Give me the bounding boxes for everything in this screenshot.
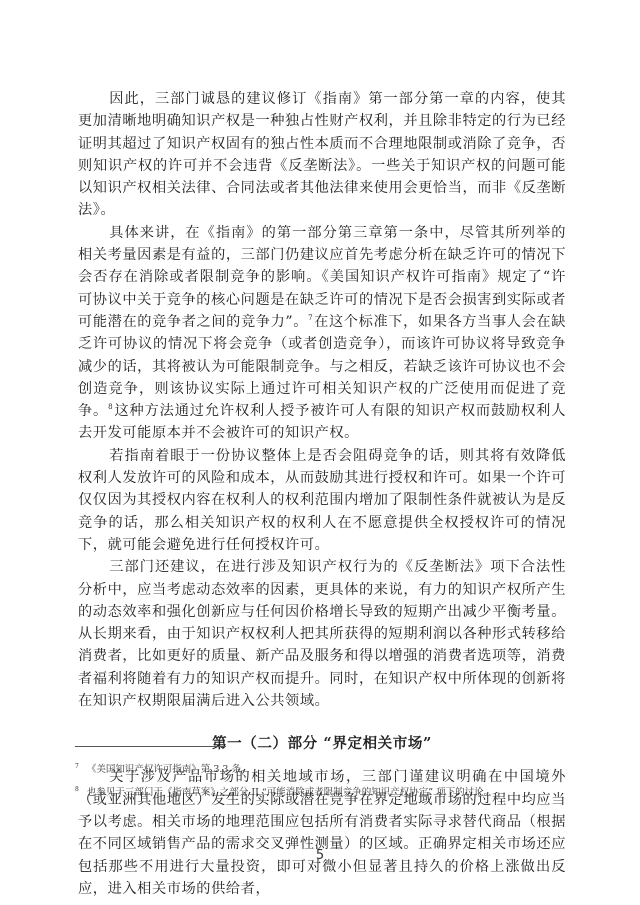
footnote-divider [75, 746, 226, 747]
paragraph-3: 若指南着眼于一份协议整体上是否会阻碍竞争的话，则其将有效降低权利人发放许可的风险… [78, 445, 566, 556]
footnotes: 7《美国知识产权许可指南》第 3.3 条。 8也参见于三部门于《指南草案》之部分… [75, 757, 575, 803]
paragraph-1: 因此，三部门诚恳的建议修订《指南》第一部分第一章的内容，使其更加清晰地明确知识产… [78, 88, 566, 222]
footnote-number: 8 [75, 786, 79, 793]
footnote-text: 《美国知识产权许可指南》第 3.3 条。 [87, 764, 251, 775]
footnote-ref-8[interactable]: 8 [108, 403, 113, 411]
footnote-8: 8也参见于三部门于《指南草案》之部分 II “可能消除或者限制竞争的知识产权协定… [75, 780, 575, 803]
footnote-text: 也参见于三部门于《指南草案》之部分 II “可能消除或者限制竞争的知识产权协定”… [87, 787, 493, 798]
document-page: 因此，三部门诚恳的建议修订《指南》第一部分第一章的内容，使其更加清晰地明确知识产… [0, 0, 640, 905]
paragraph-2-part-3: 这种方法通过允许权利人授予被许可人有限的知识产权而鼓励权利人去开发可能原本并不会… [78, 403, 566, 441]
section-heading: 第一（二）部分 “界定相关市场” [78, 733, 566, 755]
footnote-7: 7《美国知识产权许可指南》第 3.3 条。 [75, 757, 575, 780]
paragraph-2: 具体来讲，在《指南》的第一部分第三章第一条中，尽管其所列举的相关考量因素是有益的… [78, 222, 566, 445]
paragraph-4: 三部门还建议，在进行涉及知识产权行为的《反垄断法》项下合法性分析中，应当考虑动态… [78, 556, 566, 712]
footnote-ref-7[interactable]: 7 [308, 314, 313, 322]
footnote-number: 7 [75, 763, 79, 770]
page-number: 5 [0, 848, 640, 863]
